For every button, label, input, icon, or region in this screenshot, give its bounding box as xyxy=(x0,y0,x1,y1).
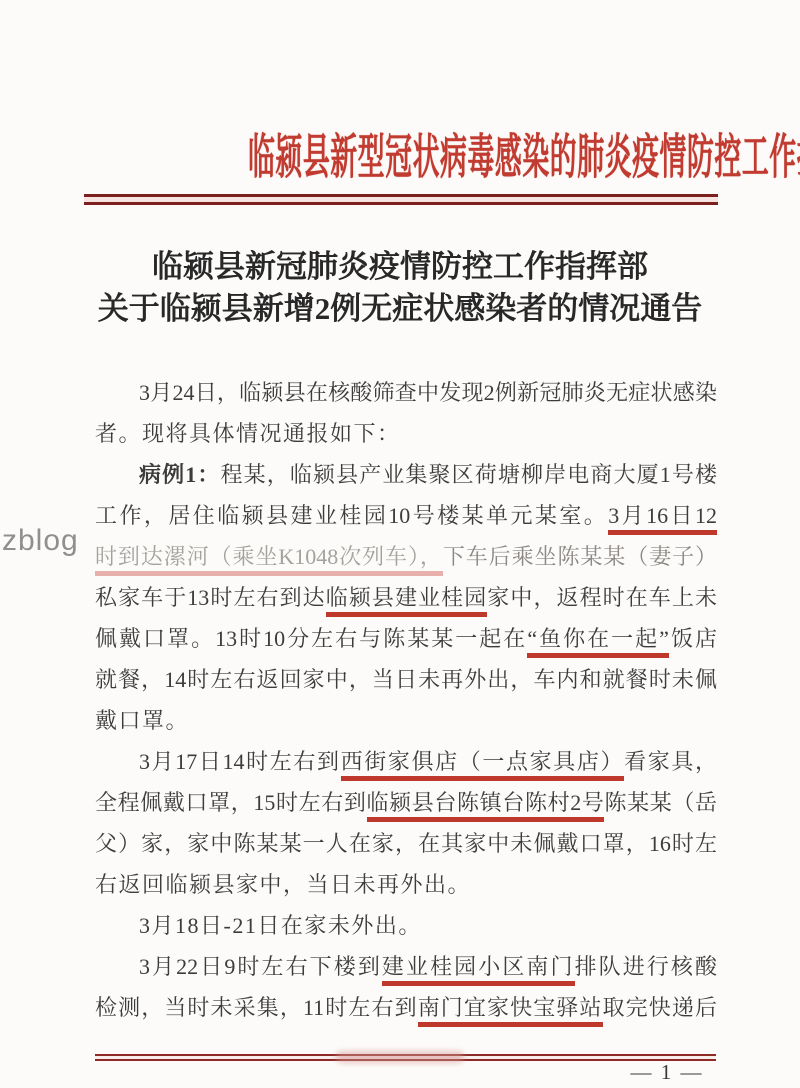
underlined-text: 南门宜家快宝驿站 xyxy=(418,995,603,1027)
text-segment: 就餐，14时左右返回家中，当日未再外出，车内和就餐时未佩 xyxy=(95,667,717,692)
letterhead-divider-line xyxy=(84,194,718,205)
body-line: 工作，居住临颍县建业桂园10号楼某单元某室。3月16日12 xyxy=(95,495,717,536)
body-line: 戴口罩。 xyxy=(95,700,717,741)
text-segment: 程某，临颍县产业集聚区荷塘柳岸电商大厦1号楼 xyxy=(220,462,717,487)
body-line: 病例1：程某，临颍县产业集聚区荷塘柳岸电商大厦1号楼 xyxy=(95,454,717,495)
text-segment: 看家具， xyxy=(624,749,717,774)
body-line: 右返回临颍县家中，当日未再外出。 xyxy=(95,864,717,905)
body-line: 私家车于13时左右到达临颍县建业桂园家中，返程时在车上未 xyxy=(95,577,717,618)
body-lines: 3月24日，临颍县在核酸筛查中发现2例新冠肺炎无症状感染者。现将具体情况通报如下… xyxy=(95,372,717,1028)
body-line: 3月22日9时左右下楼到建业桂园小区南门排队进行核酸 xyxy=(95,946,717,987)
text-segment: 3月17日14时左右到 xyxy=(139,749,341,774)
text-segment: 3月18日-21日在家未外出。 xyxy=(139,913,422,938)
page-number: — 1 — xyxy=(612,1060,722,1085)
body-line: 时到达漯河（乘坐K1048次列车），下车后乘坐陈某某（妻子） xyxy=(95,536,717,577)
document-title-line1: 临颍县新冠肺炎疫情防控工作指挥部 xyxy=(0,241,800,286)
letterhead-banner-title: 临颍县新型冠状病毒感染的肺炎疫情防控工作指挥部 xyxy=(248,118,800,187)
body-line: 检测，当时未采集，11时左右到南门宜家快宝驿站取完快递后 xyxy=(95,987,717,1028)
underlined-text: 建业桂园小区南门 xyxy=(382,954,575,986)
text-segment: 佩戴口罩。13时10分左右与陈某某一起在 xyxy=(95,626,527,651)
body-line: 3月18日-21日在家未外出。 xyxy=(95,905,717,946)
underlined-text: 时到达漯河（乘坐K1048次列车）， xyxy=(95,544,443,576)
text-segment: 取完快递后 xyxy=(603,995,717,1020)
text-segment: 戴口罩。 xyxy=(95,708,189,733)
underlined-text: 3月16日12 xyxy=(608,503,717,535)
text-segment: 陈某某（岳 xyxy=(604,790,717,815)
text-segment: 父）家，家中陈某某一人在家，在其家中未佩戴口罩，16时左 xyxy=(95,831,717,856)
letterhead-banner: 临颍县新型冠状病毒感染的肺炎疫情防控工作指挥部 xyxy=(0,118,800,187)
body-line: 全程佩戴口罩，15时左右到临颍县台陈镇台陈村2号陈某某（岳 xyxy=(95,782,717,823)
underlined-text: 临颍县台陈镇台陈村2号 xyxy=(367,790,605,822)
text-segment: 排队进行核酸 xyxy=(575,954,717,979)
watermark: zblog xyxy=(2,524,79,558)
text-segment: 者。现将具体情况通报如下： xyxy=(95,421,401,446)
text-segment: 3月24日，临颍县在核酸筛查中发现2例新冠肺炎无症状感染 xyxy=(139,380,717,405)
text-segment: 检测，当时未采集，11时左右到 xyxy=(95,995,418,1020)
body-line: 者。现将具体情况通报如下： xyxy=(95,413,717,454)
underlined-text: 临颍县建业桂园 xyxy=(326,585,488,617)
text-segment: 工作，居住临颍县建业桂园10号楼某单元某室。 xyxy=(95,503,608,528)
text-segment: 全程佩戴口罩，15时左右到 xyxy=(95,790,367,815)
text-segment: 私家车于13时左右到达 xyxy=(95,585,326,610)
text-segment: 饭店 xyxy=(669,626,717,651)
text-segment: 家中，返程时在车上未 xyxy=(487,585,717,610)
underlined-text: 西街家俱店（一点家具店） xyxy=(341,749,624,781)
body-line: 就餐，14时左右返回家中，当日未再外出，车内和就餐时未佩 xyxy=(95,659,717,700)
body-line: 3月24日，临颍县在核酸筛查中发现2例新冠肺炎无症状感染 xyxy=(95,372,717,413)
text-segment: 3月22日9时左右下楼到 xyxy=(139,954,382,979)
text-segment: 下车后乘坐陈某某（妻子） xyxy=(443,544,717,569)
document-title-line2: 关于临颍县新增2例无症状感染者的情况通告 xyxy=(0,283,800,328)
body-line: 佩戴口罩。13时10分左右与陈某某一起在“鱼你在一起”饭店 xyxy=(95,618,717,659)
document-page: 临颍县新型冠状病毒感染的肺炎疫情防控工作指挥部 临颍县新冠肺炎疫情防控工作指挥部… xyxy=(0,0,800,1088)
text-segment: 右返回临颍县家中，当日未再外出。 xyxy=(95,872,471,897)
body-line: 3月17日14时左右到西街家俱店（一点家具店）看家具， xyxy=(95,741,717,782)
photo-smudge xyxy=(336,1051,464,1063)
text-segment: 病例1： xyxy=(139,462,220,487)
underlined-text: “鱼你在一起” xyxy=(527,626,669,658)
body-line: 父）家，家中陈某某一人在家，在其家中未佩戴口罩，16时左 xyxy=(95,823,717,864)
